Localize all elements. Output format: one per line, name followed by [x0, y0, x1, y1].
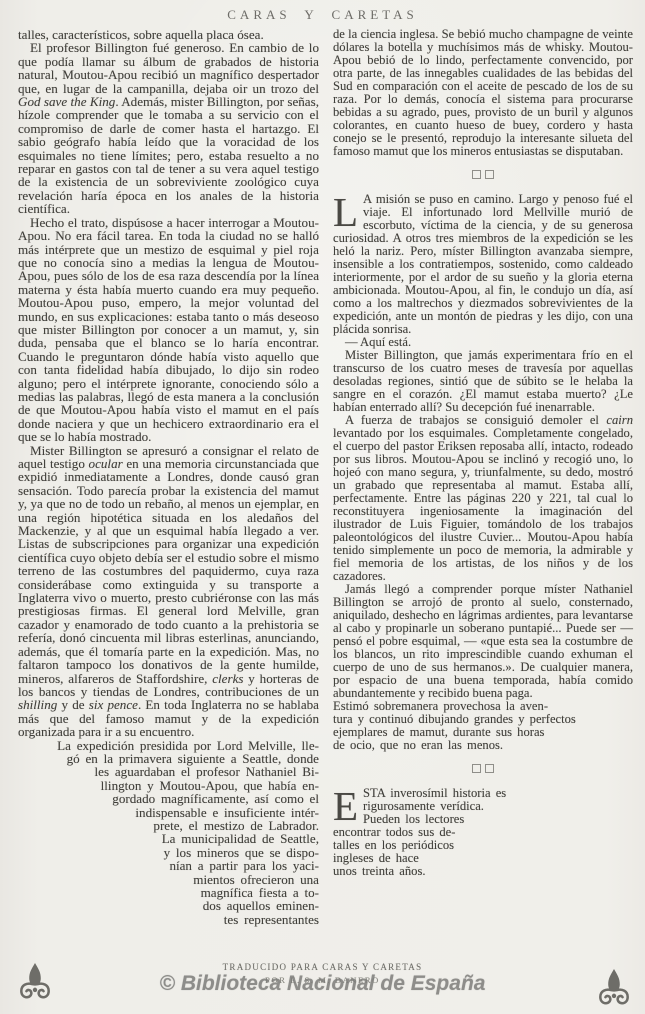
right-column: de la ciencia inglesa. Se bebió mucho ch…	[333, 28, 633, 878]
drop-cap-letter: L	[333, 193, 363, 229]
text-line: indispensable e insuficiente intér-	[18, 806, 319, 819]
square-ornament-icon	[472, 170, 481, 179]
paragraph-text: A misión se puso en camino. Largo y peno…	[333, 192, 633, 336]
text-line: llington y Moutou-Apou, que había en-	[18, 779, 319, 792]
text-line: tes representantes	[18, 913, 319, 926]
text-line: mientos ofrecieron una	[18, 873, 319, 886]
text-line: dos aquellos eminen-	[18, 899, 319, 912]
text-line: de ocio, que no eran las menos.	[333, 739, 633, 752]
translation-credit: TRADUCIDO PARA CARAS Y CARETAS POR E. S.…	[0, 962, 645, 985]
closing-note: E STA inverosímil historia esrigurosamen…	[333, 787, 633, 878]
section-divider-squares-icon	[333, 170, 633, 179]
left-column: talles, característicos, sobre aquella p…	[18, 28, 319, 926]
text-line: prete, el mestizo de Labrador.	[18, 819, 319, 832]
paragraph: de la ciencia inglesa. Se bebió mucho ch…	[333, 28, 633, 158]
page-title: CARAS Y CARETAS	[0, 7, 645, 23]
section-divider-squares-icon	[333, 764, 633, 773]
credit-line: POR E. S. M. DANERO	[0, 975, 645, 985]
text-line: gordado magníficamente, así como el	[18, 792, 319, 805]
tapered-paragraph: La expedición presidida por Lord Melvill…	[18, 739, 319, 927]
credit-line: TRADUCIDO PARA CARAS Y CARETAS	[0, 962, 645, 972]
fleuron-icon	[18, 962, 52, 1002]
paragraph: Mister Billington se apresuró a consigna…	[18, 444, 319, 739]
text-line: La expedición presidida por Lord Melvill…	[18, 739, 319, 752]
paragraph: Jamás llegó a comprender porque míster N…	[333, 583, 633, 700]
text-line: gó en la primavera siguiente a Seattle, …	[18, 752, 319, 765]
text-line: La municipalidad de Seattle,	[18, 832, 319, 845]
tapered-paragraph: Estimó sobremanera provechosa la aven-tu…	[333, 700, 633, 752]
magazine-page: CARAS Y CARETAS talles, característicos,…	[0, 0, 645, 1014]
drop-cap-letter: E	[333, 787, 363, 823]
text-line: unos treinta años.	[333, 865, 633, 878]
tapered-paragraph: STA inverosímil historia esrigurosamente…	[333, 787, 633, 878]
paragraph-dropcap: LA misión se puso en camino. Largo y pen…	[333, 193, 633, 336]
fleuron-icon	[597, 968, 631, 1008]
paragraph: Hecho el trato, dispúsose a hacer interr…	[18, 216, 319, 444]
square-ornament-icon	[485, 764, 494, 773]
paragraph: El profesor Billington fué generoso. En …	[18, 41, 319, 215]
square-ornament-icon	[472, 764, 481, 773]
text-line: magnífica fiesta a to-	[18, 886, 319, 899]
paragraph: A fuerza de trabajos se consiguió demole…	[333, 414, 633, 583]
paragraph: talles, característicos, sobre aquella p…	[18, 28, 319, 41]
text-line: les aguardaban el profesor Nathaniel Bi-	[18, 765, 319, 778]
text-line: nían a partir para los yaci-	[18, 859, 319, 872]
paragraph: Mister Billington, que jamás experimenta…	[333, 349, 633, 414]
text-line: y los mineros que se dispo-	[18, 846, 319, 859]
square-ornament-icon	[485, 170, 494, 179]
